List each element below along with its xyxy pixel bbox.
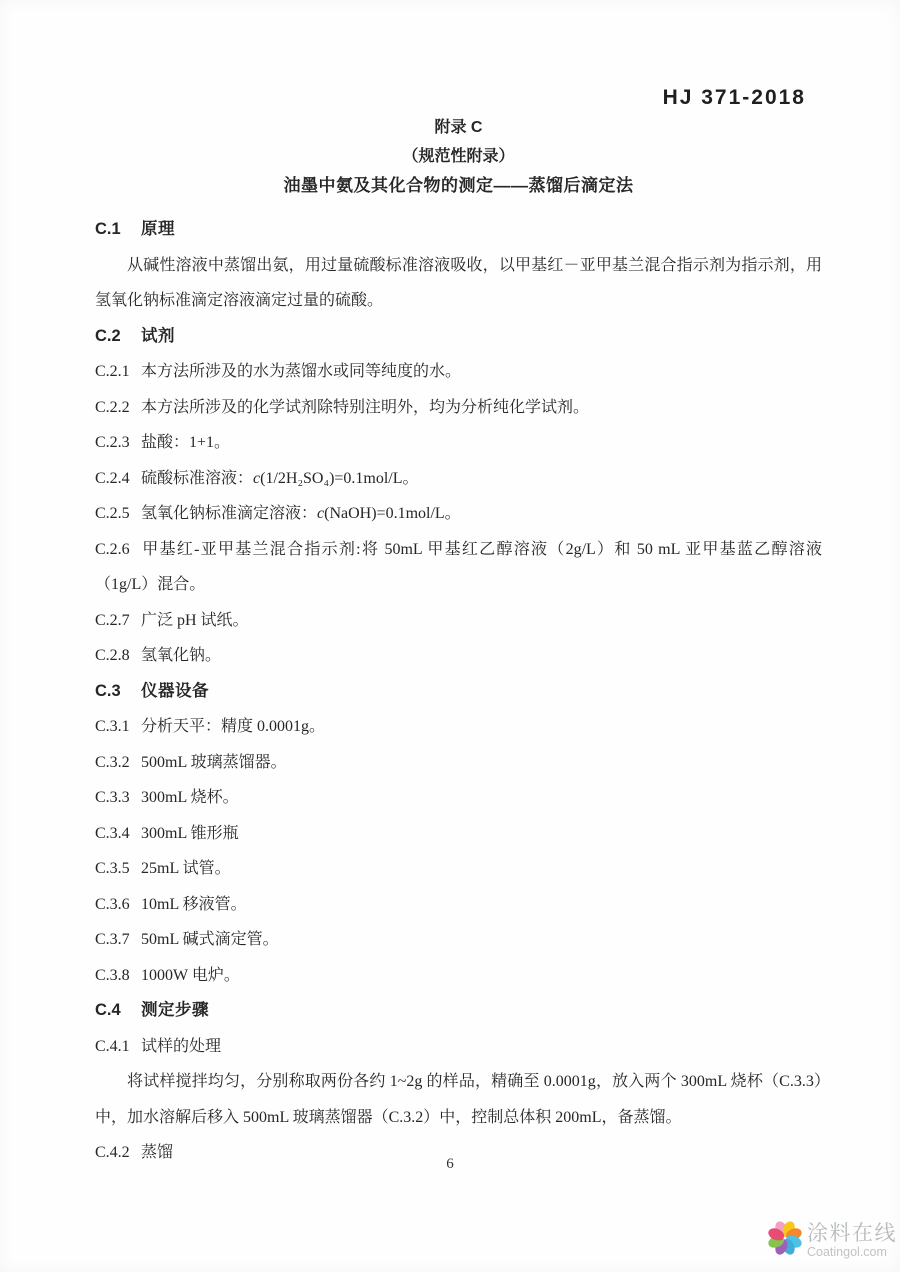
appendix-type: （规范性附录） [95,145,822,169]
clause-number: C.2.1 [95,354,141,390]
clause-text: 10mL 移液管。 [141,896,247,913]
appendix-title: 油墨中氨及其化合物的测定——蒸馏后滴定法 [95,173,822,199]
watermark-domain: Coatingol.com [807,1246,897,1259]
clause-text: 盐酸：1+1。 [141,434,230,451]
section-title: 测定步骤 [141,1001,209,1019]
clause-c3-5: C.3.525mL 试管。 [95,851,822,887]
clause-text: 500mL 玻璃蒸馏器。 [141,754,287,771]
clause-text: 硫酸标准溶液：c(1/2H₂SO₄)=0.1mol/L。 [141,470,419,487]
clause-number: C.2.7 [95,603,141,639]
section-number: C.4 [95,993,141,1029]
clause-text: 1000W 电炉。 [141,967,240,984]
section-title: 原理 [141,220,175,238]
clause-c3-8: C.3.81000W 电炉。 [95,958,822,994]
paragraph-c4-1: 将试样搅拌均匀，分别称取两份各约 1~2g 的样品，精确至 0.0001g，放入… [95,1064,822,1135]
clause-c2-6: C.2.6甲基红-亚甲基兰混合指示剂:将 50mL 甲基红乙醇溶液（2g/L）和… [95,532,822,603]
clause-number: C.3.6 [95,887,141,923]
clause-text: 25mL 试管。 [141,860,231,877]
clause-text: 分析天平：精度 0.0001g。 [141,718,325,735]
clause-c2-8: C.2.8氢氧化钠。 [95,638,822,674]
clause-title: 试样的处理 [141,1038,221,1055]
clause-c2-1: C.2.1本方法所涉及的水为蒸馏水或同等纯度的水。 [95,354,822,390]
section-number: C.1 [95,212,141,248]
clause-c2-2: C.2.2本方法所涉及的化学试剂除特别注明外，均为分析纯化学试剂。 [95,390,822,426]
clause-text-prefix: 氢氧化钠标准滴定溶液： [141,505,317,522]
section-heading-c3: C.3仪器设备 [95,674,822,710]
section-heading-c1: C.1原理 [95,212,822,248]
clause-number: C.4.1 [95,1029,141,1065]
section-heading-c2: C.2试剂 [95,319,822,355]
section-title: 试剂 [141,327,175,345]
subclause-c4-1: C.4.1试样的处理 [95,1029,822,1065]
clause-c3-2: C.3.2500mL 玻璃蒸馏器。 [95,745,822,781]
section-heading-c4: C.4测定步骤 [95,993,822,1029]
clause-text: 300mL 烧杯。 [141,789,239,806]
clause-number: C.3.4 [95,816,141,852]
clause-c3-6: C.3.610mL 移液管。 [95,887,822,923]
clause-number: C.3.8 [95,958,141,994]
section-title: 仪器设备 [141,682,209,700]
clause-number: C.2.3 [95,425,141,461]
clause-c2-3: C.2.3盐酸：1+1。 [95,425,822,461]
clause-formula: (NaOH)=0.1mol/L。 [324,505,461,522]
clause-c3-7: C.3.750mL 碱式滴定管。 [95,922,822,958]
standard-number: HJ 371-2018 [95,84,822,112]
clause-number: C.3.5 [95,851,141,887]
page-content: HJ 371-2018 附录 C （规范性附录） 油墨中氨及其化合物的测定——蒸… [95,84,822,1171]
clause-number: C.2.8 [95,638,141,674]
clause-text-prefix: 硫酸标准溶液： [141,470,253,487]
clause-c3-1: C.3.1分析天平：精度 0.0001g。 [95,709,822,745]
clause-number: C.2.5 [95,496,141,532]
clause-c2-4: C.2.4硫酸标准溶液：c(1/2H₂SO₄)=0.1mol/L。 [95,461,822,497]
clause-number: C.3.1 [95,709,141,745]
clause-number: C.2.6 [95,532,141,568]
section-number: C.3 [95,674,141,710]
watermark-name: 涂料在线 [807,1223,897,1244]
clause-number: C.3.3 [95,780,141,816]
document-body: C.1原理 从碱性溶液中蒸馏出氨，用过量硫酸标准溶液吸收，以甲基红－亚甲基兰混合… [95,212,822,1171]
watermark-text: 涂料在线 Coatingol.com [807,1223,897,1259]
clause-number: C.2.2 [95,390,141,426]
clause-c3-4: C.3.4300mL 锥形瓶 [95,816,822,852]
document-page: HJ 371-2018 附录 C （规范性附录） 油墨中氨及其化合物的测定——蒸… [0,0,900,1272]
clause-c2-7: C.2.7广泛 pH 试纸。 [95,603,822,639]
clause-text: 本方法所涉及的水为蒸馏水或同等纯度的水。 [141,363,461,380]
clause-text: 广泛 pH 试纸。 [141,612,249,629]
watermark: 涂料在线 Coatingol.com [765,1218,897,1263]
clause-c2-5: C.2.5氢氧化钠标准滴定溶液：c(NaOH)=0.1mol/L。 [95,496,822,532]
clause-c3-3: C.3.3300mL 烧杯。 [95,780,822,816]
clause-text: 氢氧化钠。 [141,647,221,664]
clause-text: 300mL 锥形瓶 [141,825,239,842]
clause-number: C.3.2 [95,745,141,781]
section-number: C.2 [95,319,141,355]
clause-text: 50mL 碱式滴定管。 [141,931,279,948]
clause-formula: (1/2H₂SO₄)=0.1mol/L。 [260,470,418,487]
clause-number: C.3.7 [95,922,141,958]
paragraph-c1: 从碱性溶液中蒸馏出氨，用过量硫酸标准溶液吸收，以甲基红－亚甲基兰混合指示剂为指示… [95,248,822,319]
page-number: 6 [0,1156,900,1173]
pinwheel-flower-icon [765,1218,805,1263]
clause-text: 甲基红-亚甲基兰混合指示剂:将 50mL 甲基红乙醇溶液（2g/L）和 50 m… [95,541,822,594]
clause-text: 氢氧化钠标准滴定溶液：c(NaOH)=0.1mol/L。 [141,505,461,522]
appendix-label: 附录 C [95,116,822,140]
clause-text: 本方法所涉及的化学试剂除特别注明外，均为分析纯化学试剂。 [141,399,589,416]
clause-number: C.2.4 [95,461,141,497]
